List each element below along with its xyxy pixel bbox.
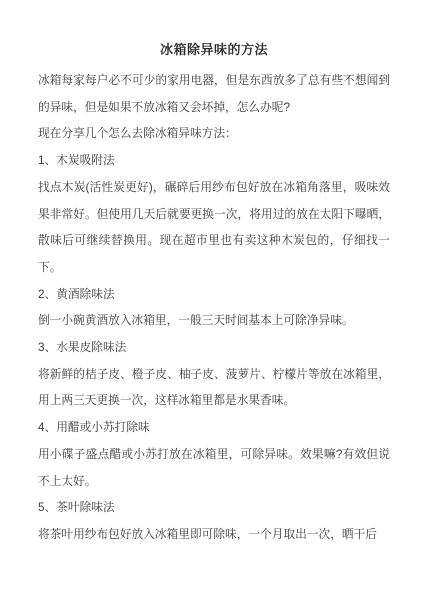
section-heading-1: 1、木炭吸附法 (38, 148, 390, 175)
section-heading-5: 5、茶叶除味法 (38, 495, 390, 522)
intro-lead-line: 现在分享几个怎么去除冰箱异味方法： (38, 121, 390, 148)
section-heading-2: 2、黄酒除味法 (38, 282, 390, 309)
section-paragraph-1: 找点木炭(活性炭更好)，碾碎后用纱布包好放在冰箱角落里，吸味效果非常好。但使用几… (38, 175, 390, 282)
section-heading-3: 3、水果皮除味法 (38, 335, 390, 362)
document-title: 冰箱除异味的方法 (38, 40, 390, 60)
section-paragraph-2: 倒一小碗黄酒放入冰箱里，一般三天时间基本上可除净异味。 (38, 308, 390, 335)
section-paragraph-5: 将茶叶用纱布包好放入冰箱里即可除味，一个月取出一次，晒干后 (38, 522, 390, 549)
section-heading-4: 4、用醋或小苏打除味 (38, 415, 390, 442)
intro-paragraph: 冰箱每家每户必不可少的家用电器，但是东西放多了总有些不想闻到的异味，但是如果不放… (38, 68, 390, 121)
document-page: 冰箱除异味的方法 冰箱每家每户必不可少的家用电器，但是东西放多了总有些不想闻到的… (0, 0, 424, 600)
section-paragraph-4: 用小碟子盛点醋或小苏打放在冰箱里，可除异味。效果嘛?有效但说不上太好。 (38, 442, 390, 495)
section-paragraph-3: 将新鲜的桔子皮、橙子皮、柚子皮、菠萝片、柠檬片等放在冰箱里，用上两三天更换一次，… (38, 362, 390, 415)
